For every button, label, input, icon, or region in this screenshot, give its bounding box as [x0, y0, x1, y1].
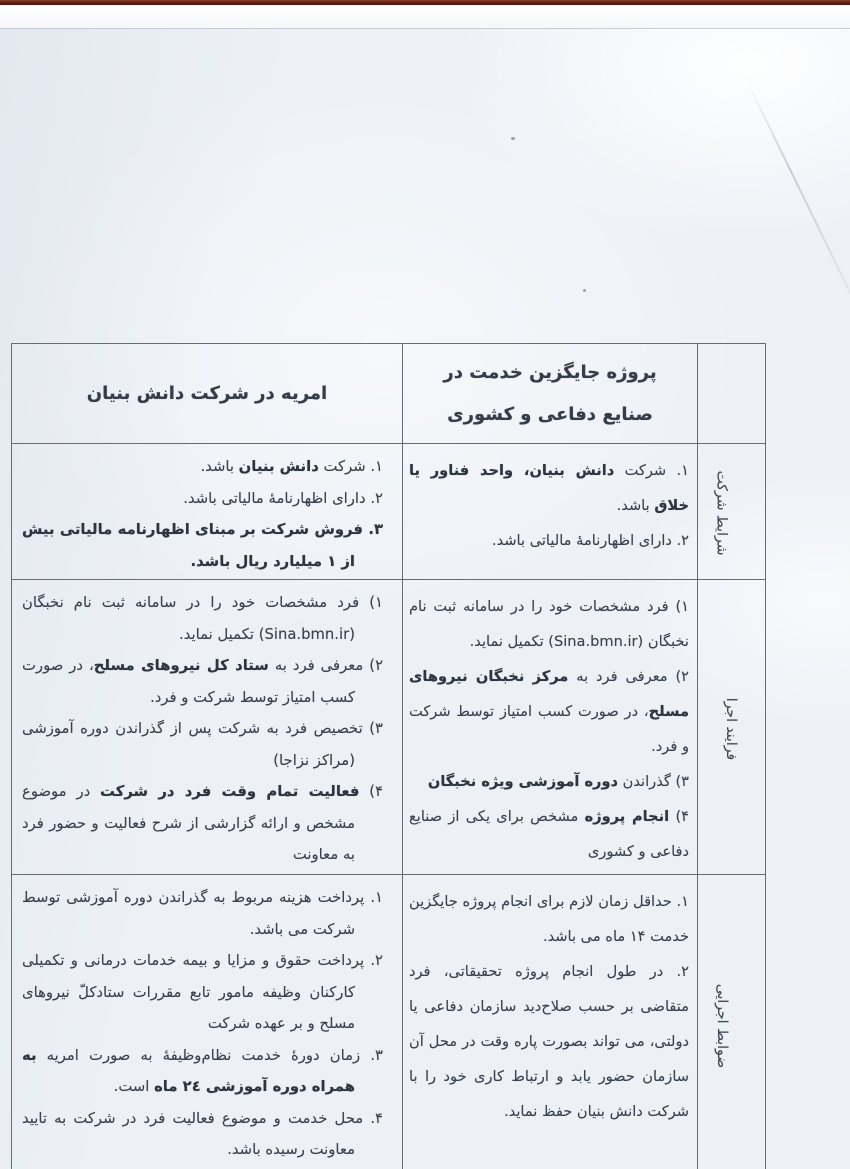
text-segment: باشد. — [200, 458, 238, 475]
text-segment: انجام پروژه — [585, 808, 670, 825]
text-segment: ۳. فروش شرکت بر مبنای اظهارنامه مالیاتی … — [22, 521, 383, 570]
list-item: ۲. دارای اظهارنامهٔ مالیاتی باشد. — [22, 483, 383, 515]
list-item: ۴) انجام پروژه مشخص برای یکی از صنایع دف… — [409, 799, 689, 869]
corner-fold-line — [746, 81, 850, 378]
text-segment: ۲. دارای اظهارنامهٔ مالیاتی باشد. — [183, 490, 383, 507]
text-segment: ۱. پرداخت هزینه مربوط به گذراندن دوره آم… — [22, 889, 383, 938]
text-segment: ۱. شرکت — [319, 458, 383, 475]
text-segment: ۱. شرکت — [614, 462, 689, 479]
list-item: ۲) معرفی فرد به مرکز نخبگان نیروهای مسلح… — [409, 659, 689, 764]
text-segment: ۲. پرداخت حقوق و مزایا و بیمه خدمات درما… — [22, 952, 383, 1032]
text-segment: ۲) معرفی فرد به — [568, 668, 689, 685]
scanned-page: پروژه جایگزین خدمت در صنایع دفاعی و کشور… — [0, 0, 850, 1169]
row-label-regulations: ضوابط اجرایی — [714, 984, 730, 1068]
row-label-cell-regulations: ضوابط اجرایی — [698, 875, 766, 1169]
text-segment: ۴) — [669, 808, 689, 825]
scan-speck — [511, 137, 515, 140]
text-segment: ۲. دارای اظهارنامهٔ مالیاتی باشد. — [492, 532, 689, 549]
row-label-cell-process: فرایند اجرا — [698, 580, 766, 875]
text-segment: ، در صورت کسب امتیاز توسط شرکت و فرد. — [409, 703, 689, 755]
row-executive-regulations: ضوابط اجرایی ۱. حداقل زمان لازم برای انج… — [12, 875, 766, 1169]
list-item: ۳. فروش شرکت بر مبنای اظهارنامه مالیاتی … — [22, 514, 383, 577]
cell-amriye-regulations: ۱. پرداخت هزینه مربوط به گذراندن دوره آم… — [12, 875, 403, 1169]
list-item: ۱) فرد مشخصات خود را در سامانه ثبت نام ن… — [22, 587, 383, 650]
text-segment: ۱) فرد مشخصات خود را در سامانه ثبت نام ن… — [22, 594, 383, 643]
list-item: ۲. پرداخت حقوق و مزایا و بیمه خدمات درما… — [22, 945, 383, 1040]
text-segment: دوره آموزشی ویژه نخبگان — [428, 773, 618, 790]
list-item: ۴. محل خدمت و موضوع فعالیت فرد در شرکت ب… — [22, 1103, 383, 1166]
text-segment: ۱. حداقل زمان لازم برای انجام پروژه جایگ… — [409, 893, 689, 945]
cell-project-conditions: ۱. شرکت دانش بنیان، واحد فناور یا خلاق ب… — [403, 444, 698, 580]
row-label-conditions: شرایط شرکت — [714, 471, 730, 556]
list-item: ۱. شرکت دانش بنیان، واحد فناور یا خلاق ب… — [409, 453, 689, 523]
text-segment: ۱) فرد مشخصات خود را در سامانه ثبت نام ن… — [409, 598, 689, 650]
cell-amriye-conditions: ۱. شرکت دانش بنیان باشد.۲. دارای اظهارنا… — [12, 444, 403, 580]
scan-speck — [583, 289, 586, 292]
header-label-cell — [698, 344, 766, 444]
list-item: ۲) معرفی فرد به ستاد کل نیروهای مسلح، در… — [22, 650, 383, 713]
text-segment: باشد. — [617, 497, 655, 514]
row-label-process: فرایند اجرا — [723, 697, 739, 759]
list-item: ۳) گذراندن دوره آموزشی ویژه نخبگان — [409, 764, 689, 799]
cell-project-process: ۱) فرد مشخصات خود را در سامانه ثبت نام ن… — [403, 580, 698, 875]
column-header-amriye: امریه در شرکت دانش بنیان — [12, 344, 403, 444]
row-company-conditions: شرایط شرکت ۱. شرکت دانش بنیان، واحد فناو… — [12, 444, 766, 580]
text-segment: ۳. زمان دورهٔ خدمت نظام‌وظیفهٔ به صورت ا… — [37, 1047, 383, 1064]
text-segment: ۲) معرفی فرد به — [269, 657, 383, 674]
text-segment: ۳) تخصیص فرد به شرکت پس از گذراندن دوره … — [22, 720, 383, 769]
text-segment: ستاد کل نیروهای مسلح — [94, 657, 269, 674]
page-edge-above — [0, 5, 850, 28]
row-label-cell-conditions: شرایط شرکت — [698, 444, 766, 580]
text-segment: فعالیت تمام وقت فرد در شرکت — [100, 783, 359, 800]
list-item: ۱. حداقل زمان لازم برای انجام پروژه جایگ… — [409, 884, 689, 954]
list-item: ۲. در طول انجام پروژه تحقیقاتی، فرد متقا… — [409, 954, 689, 1129]
column-header-project: پروژه جایگزین خدمت در صنایع دفاعی و کشور… — [403, 344, 698, 444]
paper: پروژه جایگزین خدمت در صنایع دفاعی و کشور… — [0, 28, 850, 1169]
list-item: ۳. زمان دورهٔ خدمت نظام‌وظیفهٔ به صورت ا… — [22, 1040, 383, 1103]
text-segment: است. — [114, 1078, 154, 1095]
comparison-table: پروژه جایگزین خدمت در صنایع دفاعی و کشور… — [11, 343, 766, 1169]
header-row: پروژه جایگزین خدمت در صنایع دفاعی و کشور… — [12, 344, 766, 444]
list-item: ۱) فرد مشخصات خود را در سامانه ثبت نام ن… — [409, 589, 689, 659]
list-item: ۱. شرکت دانش بنیان باشد. — [22, 451, 383, 483]
list-item: ۴) فعالیت تمام وقت فرد در شرکت در موضوع … — [22, 776, 383, 871]
list-item: ۲. دارای اظهارنامهٔ مالیاتی باشد. — [409, 523, 689, 558]
cell-amriye-process: ۱) فرد مشخصات خود را در سامانه ثبت نام ن… — [12, 580, 403, 875]
text-segment: ۳) گذراندن — [618, 773, 689, 790]
text-segment: ۴) — [359, 783, 383, 800]
list-item: ۳) تخصیص فرد به شرکت پس از گذراندن دوره … — [22, 713, 383, 776]
cell-project-regulations: ۱. حداقل زمان لازم برای انجام پروژه جایگ… — [403, 875, 698, 1169]
text-segment: دانش بنیان — [239, 458, 319, 475]
list-item: ۱. پرداخت هزینه مربوط به گذراندن دوره آم… — [22, 882, 383, 945]
row-execution-process: فرایند اجرا ۱) فرد مشخصات خود را در ساما… — [12, 580, 766, 875]
text-segment: ۲. در طول انجام پروژه تحقیقاتی، فرد متقا… — [409, 963, 689, 1120]
text-segment: ۴. محل خدمت و موضوع فعالیت فرد در شرکت ب… — [22, 1110, 383, 1159]
